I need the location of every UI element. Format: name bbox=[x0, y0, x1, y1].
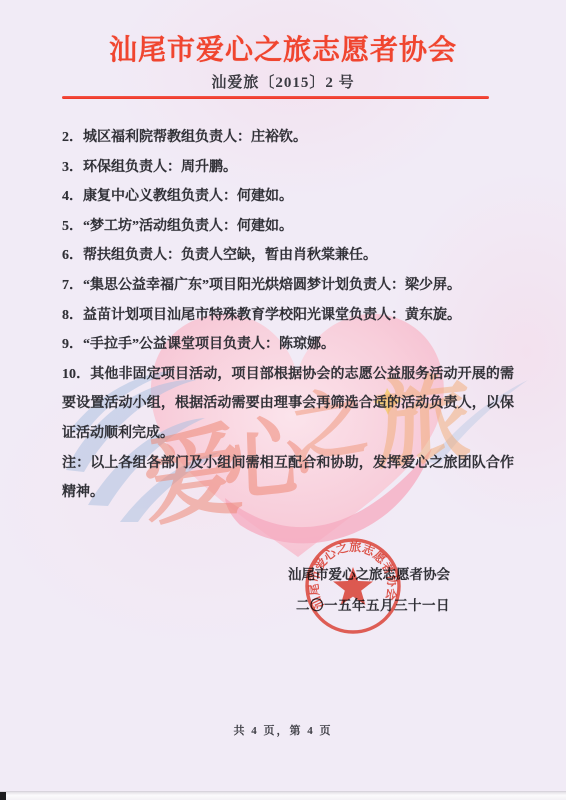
seal-star-icon bbox=[333, 567, 373, 605]
official-seal: 汕尾市爱心之旅志愿者协会 bbox=[298, 531, 408, 641]
list-item: 2．城区福利院帮教组负责人：庄裕钦。 bbox=[62, 123, 514, 153]
doc-number: 汕爱旅〔2015〕2 号 bbox=[0, 73, 566, 93]
document-body: 2．城区福利院帮教组负责人：庄裕钦。 3．环保组负责人：周升鹏。 4．康复中心义… bbox=[62, 123, 514, 508]
list-item: 10．其他非固定项目活动，项目部根据协会的志愿公益服务活动开展的需要设置活动小组… bbox=[62, 360, 514, 449]
letterhead-divider bbox=[62, 96, 489, 99]
list-item: 9．“手拉手”公益课堂项目负责人：陈琼娜。 bbox=[62, 330, 514, 360]
page-footer: 共 4 页，第 4 页 bbox=[0, 722, 566, 738]
scan-corner-mark bbox=[0, 792, 6, 800]
list-item: 3．环保组负责人：周升鹏。 bbox=[62, 153, 514, 183]
note-paragraph: 注：以上各组各部门及小组间需相互配合和协助，发挥爱心之旅团队合作精神。 bbox=[62, 449, 514, 508]
list-item: 5．“梦工坊”活动组负责人：何建如。 bbox=[62, 212, 514, 242]
list-item: 8．益苗计划项目汕尾市特殊教育学校阳光课堂负责人：黄东旋。 bbox=[62, 301, 514, 331]
list-item: 7．“集思公益幸福广东”项目阳光烘焙圆梦计划负责人：梁少屏。 bbox=[62, 271, 514, 301]
list-item: 4．康复中心义教组负责人：何建如。 bbox=[62, 182, 514, 212]
scan-bottom-edge bbox=[0, 791, 566, 800]
scanned-document-page: 汕尾市爱心之旅志愿者协会 汕爱旅〔2015〕2 号 爱 bbox=[0, 0, 566, 800]
list-item: 6．帮扶组负责人：负责人空缺，暂由肖秋棠兼任。 bbox=[62, 241, 514, 271]
letterhead-title: 汕尾市爱心之旅志愿者协会 bbox=[0, 33, 566, 67]
